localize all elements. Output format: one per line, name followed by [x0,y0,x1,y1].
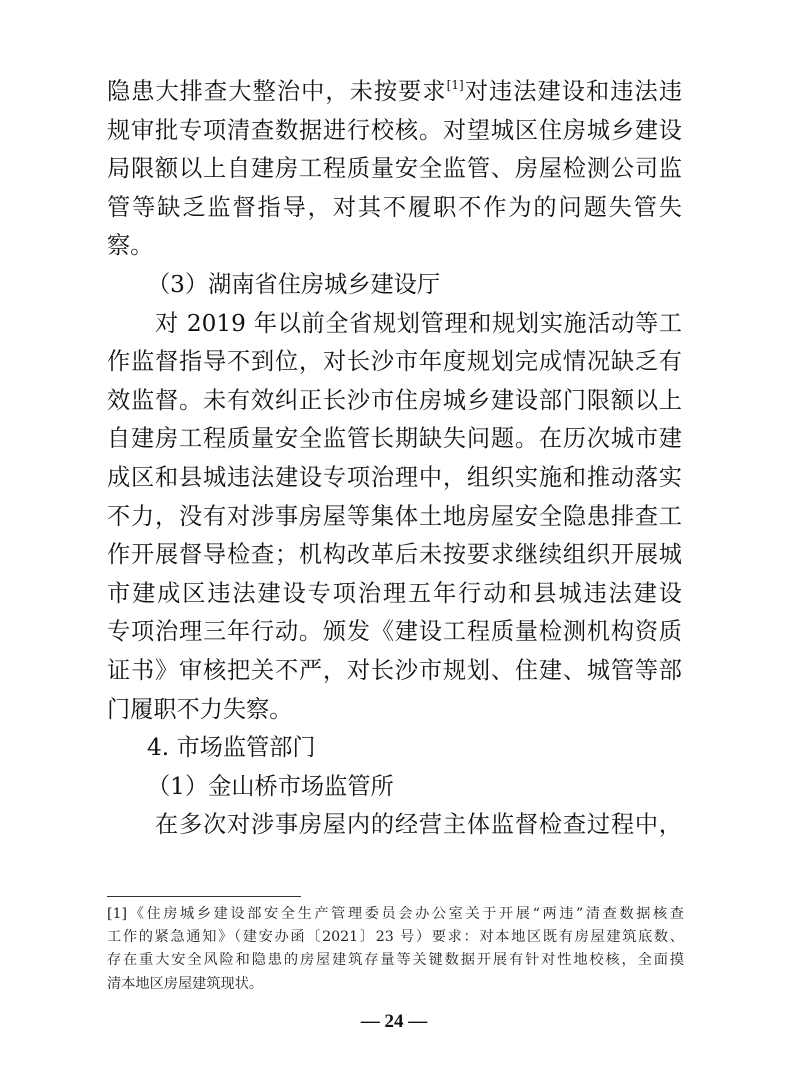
document-page: 隐患大排查大整治中，未按要求[1]对违法建设和违法违 规审批专项清查数据进行校核… [0,0,788,1084]
section-heading-hunan-housing-dept: （3）湖南省住房城乡建设厅 [107,266,682,305]
footnote-line-2: 工作的紧急通知》（建安办函〔2021〕23 号）要求：对本地区既有房屋建筑底数、 [107,926,684,949]
body-line-17: 门履职不力失察。 [107,691,682,730]
body-line-4: 管等缺乏监督指导，对其不履职不作为的问题失管失 [107,189,682,228]
body-line-5: 察。 [107,227,682,266]
page-number: — 24 — [0,1011,788,1033]
body-line-1: 隐患大排查大整治中，未按要求[1]对违法建设和违法违 [107,73,682,112]
body-line-2: 规审批专项清查数据进行校核。对望城区住房城乡建设 [107,112,682,151]
body-line-10: 自建房工程质量安全监管长期缺失问题。在历次城市建 [107,420,682,459]
body-line-16: 证书》审核把关不严，对长沙市规划、住建、城管等部 [107,652,682,691]
footnote-divider [107,896,301,897]
body-line-12: 不力，没有对涉事房屋等集体土地房屋安全隐患排查工 [107,498,682,537]
footnote-line-4: 清本地区房屋建筑现状。 [107,973,684,996]
body-line-20: 在多次对涉事房屋内的经营主体监督检查过程中， [107,806,682,845]
section-heading-market-supervision: 4. 市场监管部门 [107,729,682,768]
footnote-line-3: 存在重大安全风险和隐患的房屋建筑存量等关键数据开展有针对性地校核，全面摸 [107,949,684,972]
body-line-15: 专项治理三年行动。颁发《建设工程质量检测机构资质 [107,613,682,652]
body-line-9: 效监督。未有效纠正长沙市住房城乡建设部门限额以上 [107,382,682,421]
body-line-7: 对 2019 年以前全省规划管理和规划实施活动等工 [107,305,682,344]
footnote-line-1: [1]《住房城乡建设部安全生产管理委员会办公室关于开展“两违”清查数据核查 [107,903,684,926]
body-line-1-pre: 隐患大排查大整治中，未按要求 [107,78,447,105]
body-line-8: 作监督指导不到位，对长沙市年度规划完成情况缺乏有 [107,343,682,382]
body-line-14: 市建成区违法建设专项治理五年行动和县城违法建设 [107,575,682,614]
body-text: 隐患大排查大整治中，未按要求[1]对违法建设和违法违 规审批专项清查数据进行校核… [107,73,682,845]
footnote: [1]《住房城乡建设部安全生产管理委员会办公室关于开展“两违”清查数据核查 工作… [107,903,684,996]
subsection-heading-jinshanqiao: （1）金山桥市场监管所 [107,768,682,807]
body-line-3: 局限额以上自建房工程质量安全监管、房屋检测公司监 [107,150,682,189]
body-line-11: 成区和县城违法建设专项治理中，组织实施和推动落实 [107,459,682,498]
footnote-reference[interactable]: [1] [447,78,464,92]
body-line-1-post: 对违法建设和违法违 [464,78,682,105]
body-line-13: 作开展督导检查；机构改革后未按要求继续组织开展城 [107,536,682,575]
